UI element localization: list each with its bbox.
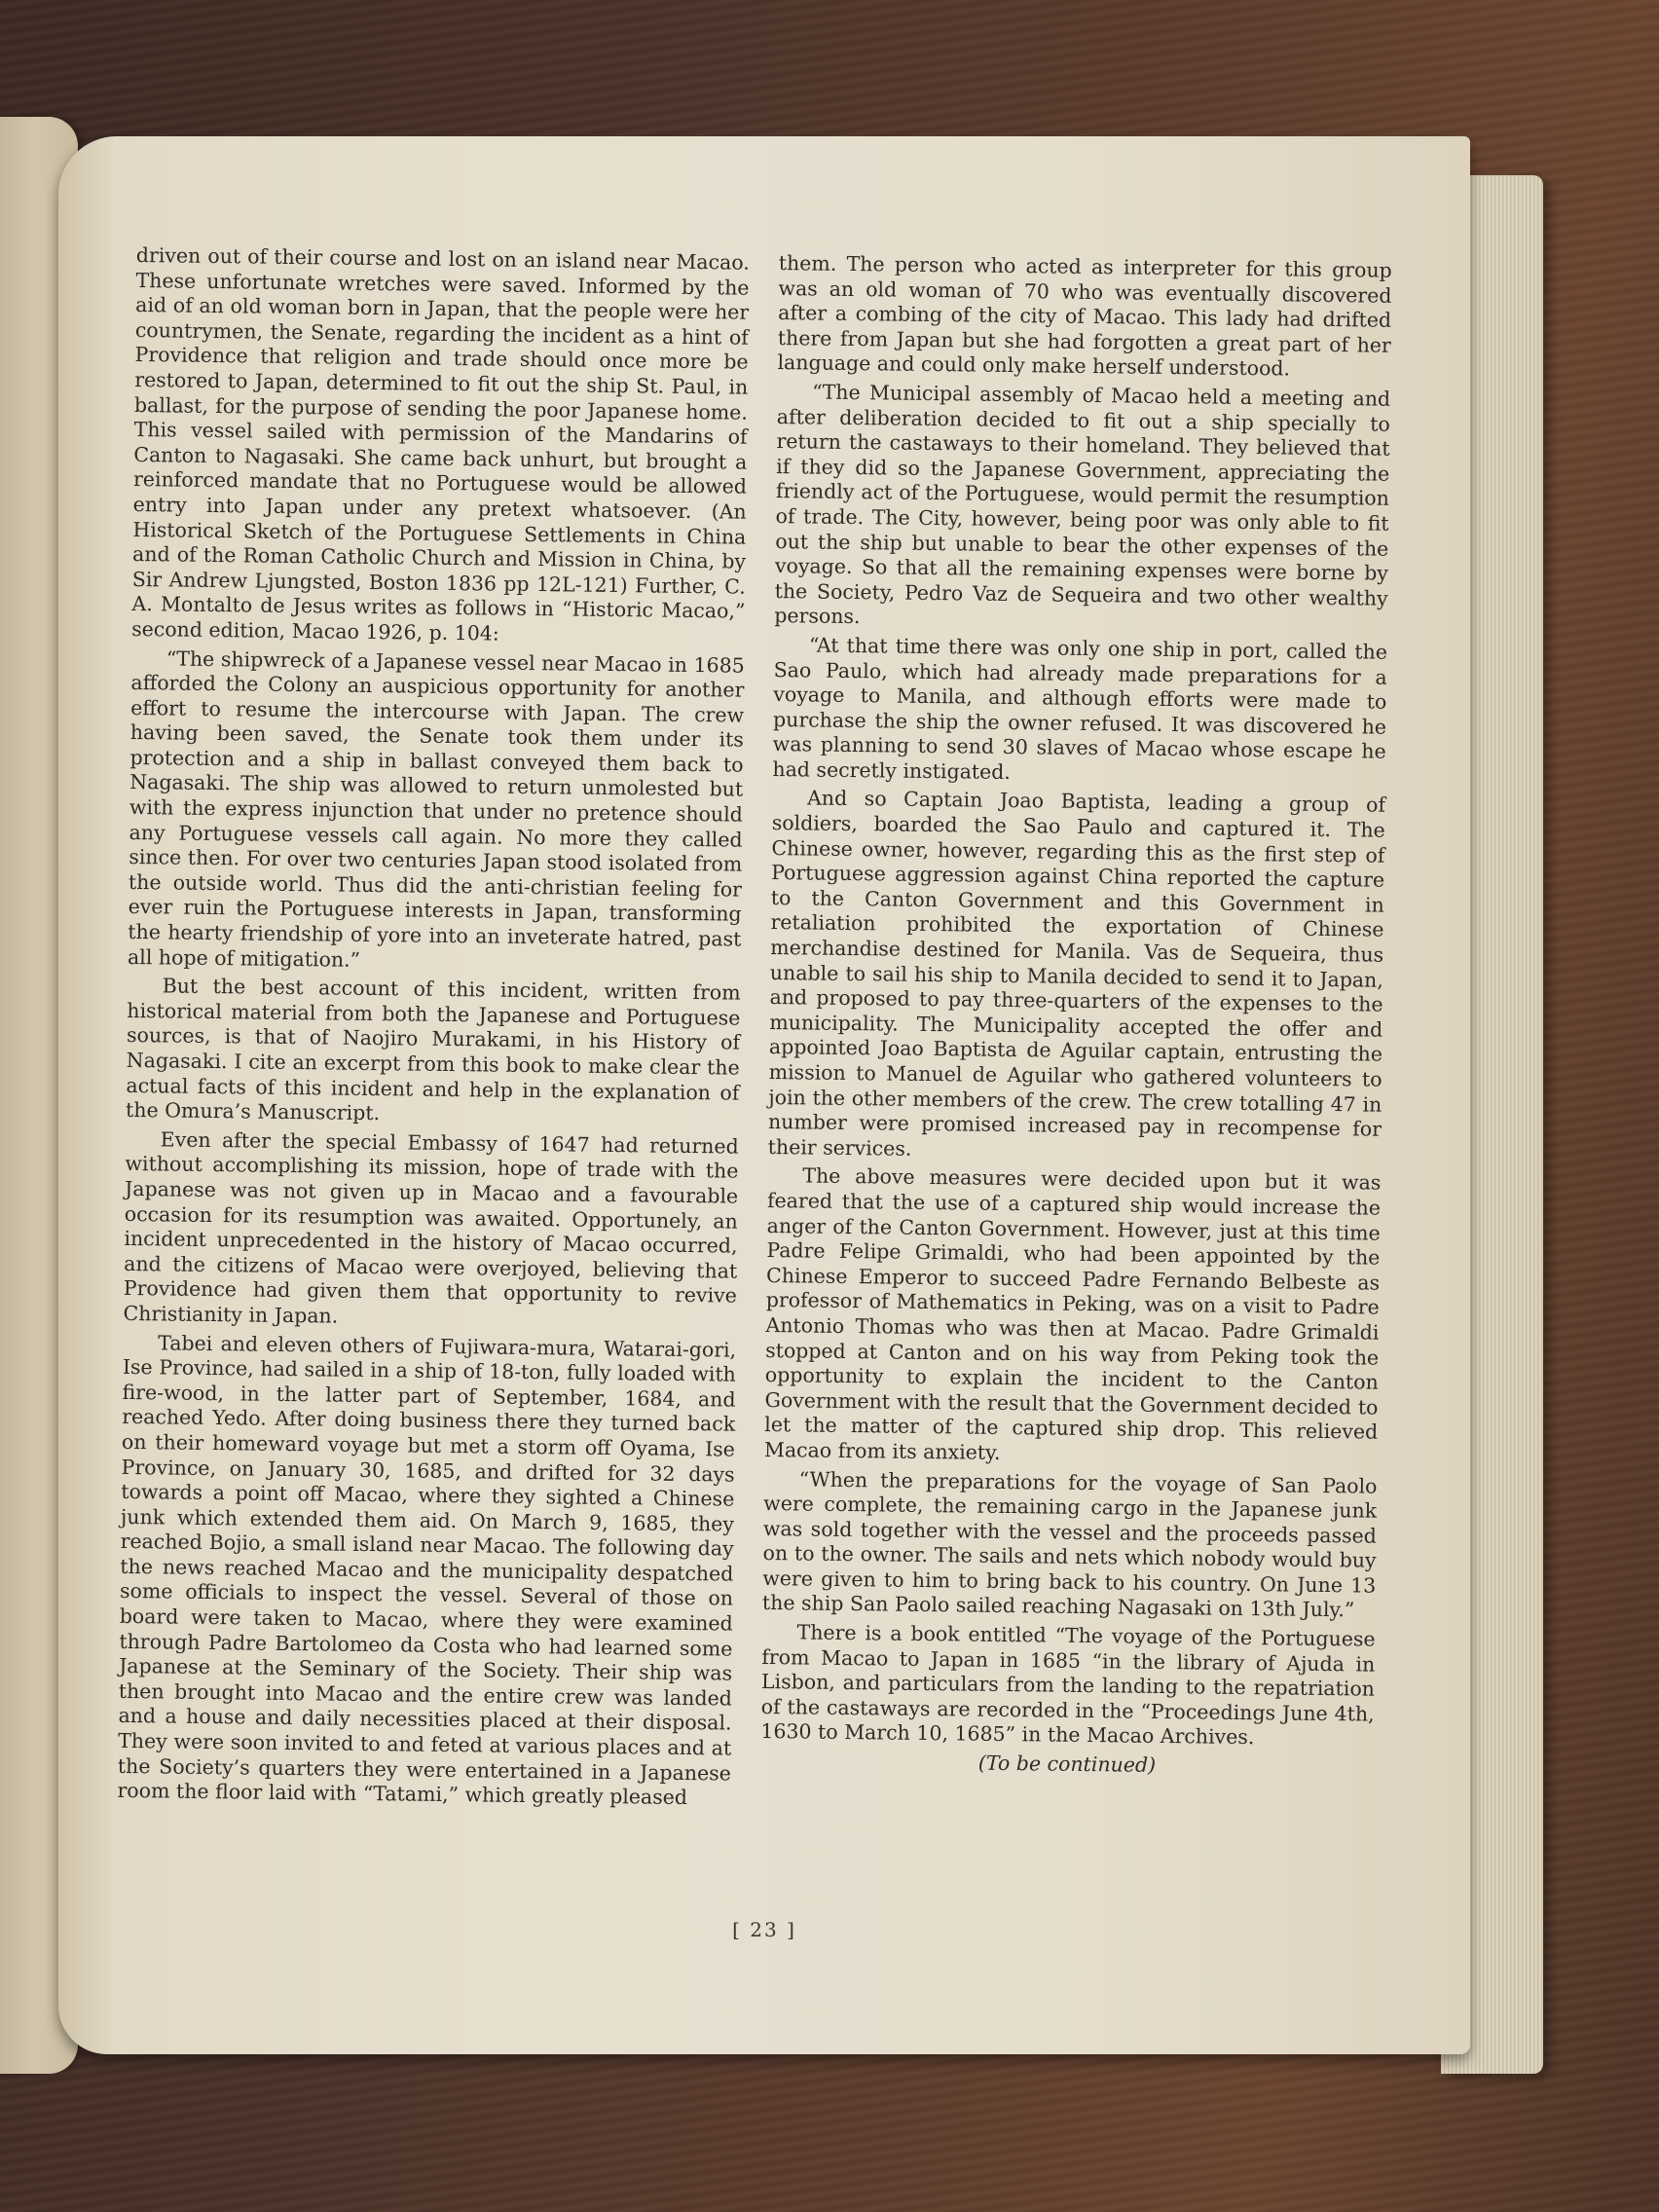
paragraph: But the best account of this incident, w… bbox=[126, 974, 741, 1130]
paragraph: “The Municipal assembly of Macao held a … bbox=[774, 380, 1390, 637]
paragraph: The above measures were decided upon but… bbox=[764, 1163, 1382, 1470]
paragraph: “When the preparations for the voyage of… bbox=[762, 1466, 1378, 1623]
page-number: [ 23 ] bbox=[58, 1918, 1470, 1941]
book-page: driven out of their course and lost on a… bbox=[58, 136, 1470, 2054]
paragraph: And so Captain Joao Baptista, leading a … bbox=[768, 786, 1386, 1167]
left-column: driven out of their course and lost on a… bbox=[117, 243, 750, 1815]
continued-note: (To be continued) bbox=[760, 1749, 1374, 1781]
paragraph: Tabei and eleven others of Fujiwara-mura… bbox=[117, 1330, 736, 1811]
right-column: them. The person who acted as interprete… bbox=[759, 251, 1392, 1823]
paragraph: Even after the special Embassy of 1647 h… bbox=[123, 1127, 738, 1334]
paragraph: “At that time there was only one ship in… bbox=[772, 633, 1387, 790]
paragraph: There is a book entitled “The voyage of … bbox=[760, 1620, 1376, 1752]
paragraph: driven out of their course and lost on a… bbox=[131, 243, 750, 649]
paragraph: “The shipwreck of a Japanese vessel near… bbox=[128, 645, 745, 977]
text-columns: driven out of their course and lost on a… bbox=[117, 243, 1392, 1823]
paragraph: them. The person who acted as interprete… bbox=[777, 251, 1392, 384]
